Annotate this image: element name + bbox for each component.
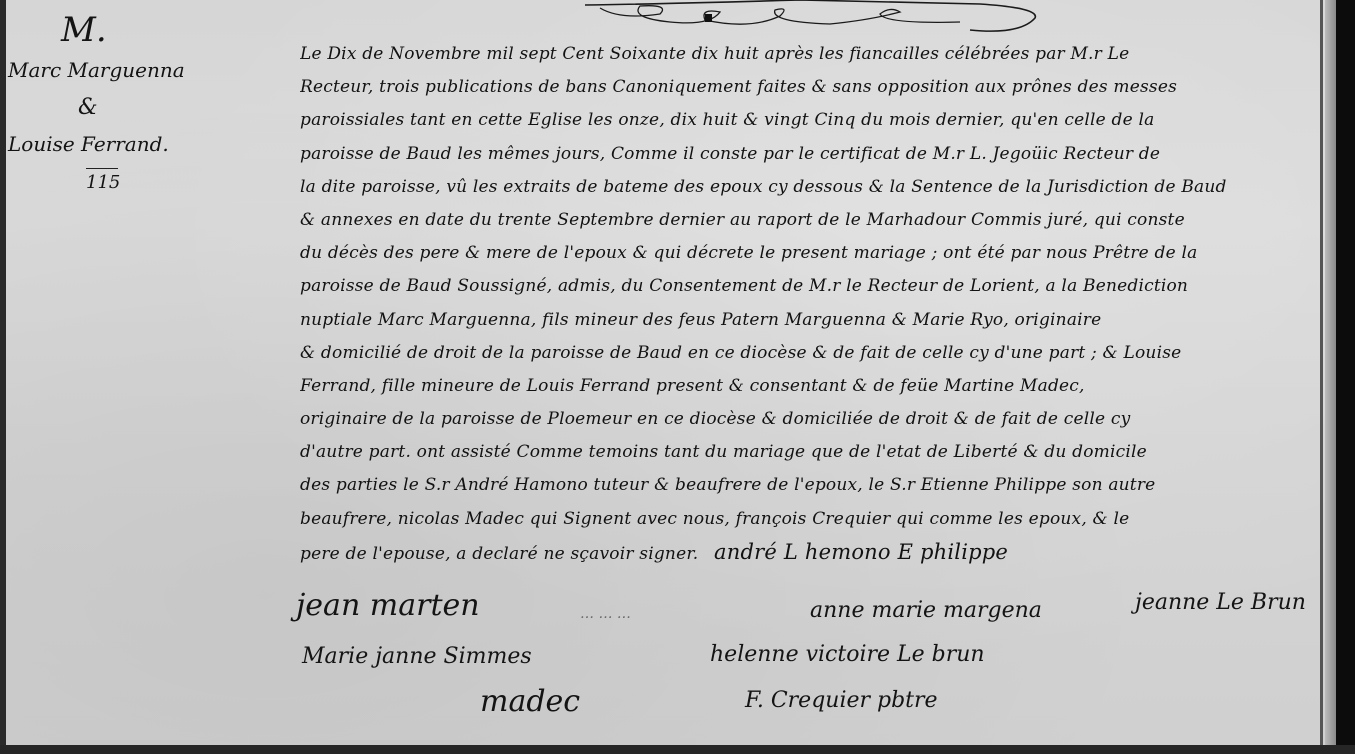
text-line: Ferrand, fille mineure de Louis Ferrand … [300, 370, 1305, 403]
text-line: Le Dix de Novembre mil sept Cent Soixant… [300, 38, 1305, 71]
document-viewer: M. Marc Marguenna & Louise Ferrand. 115 … [0, 0, 1355, 754]
header-flourish-decoration [540, 0, 1060, 40]
margin-connector: & [78, 95, 98, 120]
margin-bride-name: Louise Ferrand. [8, 132, 169, 156]
signature: anne marie margena [810, 598, 1042, 623]
signature: Marie janne Simmes [302, 644, 532, 669]
marriage-record-text: Le Dix de Novembre mil sept Cent Soixant… [300, 38, 1305, 569]
text-line: pere de l'epouse, a declaré ne sçavoir s… [300, 536, 1305, 569]
text-line: & domicilié de droit de la paroisse de B… [300, 337, 1305, 370]
text-line: originaire de la paroisse de Ploemeur en… [300, 403, 1305, 436]
margin-folio-number: 115 [86, 172, 120, 193]
text-line: des parties le S.r André Hamono tuteur &… [300, 469, 1305, 502]
text-line-end: pere de l'epouse, a declaré ne sçavoir s… [300, 544, 698, 564]
margin-groom-name: Marc Marguenna [8, 58, 185, 82]
binding-shadow [1325, 0, 1336, 745]
binding-gutter [1336, 0, 1355, 745]
text-line: paroisse de Baud les mêmes jours, Comme … [300, 138, 1305, 171]
signature: F. Crequier pbtre [745, 688, 938, 713]
text-line: & annexes en date du trente Septembre de… [300, 204, 1305, 237]
faint-signature: … … … [580, 606, 631, 622]
text-line: paroisse de Baud Soussigné, admis, du Co… [300, 270, 1305, 303]
bottom-frame [0, 745, 1355, 754]
text-line: beaufrere, nicolas Madec qui Signent ave… [300, 503, 1305, 536]
text-line: la dite paroisse, vû les extraits de bat… [300, 171, 1305, 204]
signature: jeanne Le Brun [1135, 590, 1306, 615]
margin-initial: M. [61, 10, 107, 50]
folio-underline [86, 168, 118, 169]
signature-block: jean marten … … … anne marie margena jea… [290, 580, 1325, 745]
margin-annotation: M. Marc Marguenna & Louise Ferrand. 115 [6, 0, 286, 220]
text-line: nuptiale Marc Marguenna, fils mineur des… [300, 304, 1305, 337]
signature: helenne victoire Le brun [710, 642, 985, 667]
inline-signatures: andré L hemono E philippe [714, 540, 1008, 564]
signature: jean marten [296, 588, 480, 623]
text-line: du décès des pere & mere de l'epoux & qu… [300, 237, 1305, 270]
register-page-scan: M. Marc Marguenna & Louise Ferrand. 115 … [0, 0, 1325, 745]
signature: madec [480, 684, 580, 719]
text-line: paroissiales tant en cette Eglise les on… [300, 104, 1305, 137]
text-line: Recteur, trois publications de bans Cano… [300, 71, 1305, 104]
text-line: d'autre part. ont assisté Comme temoins … [300, 436, 1305, 469]
page-ruling-line [1320, 0, 1323, 745]
